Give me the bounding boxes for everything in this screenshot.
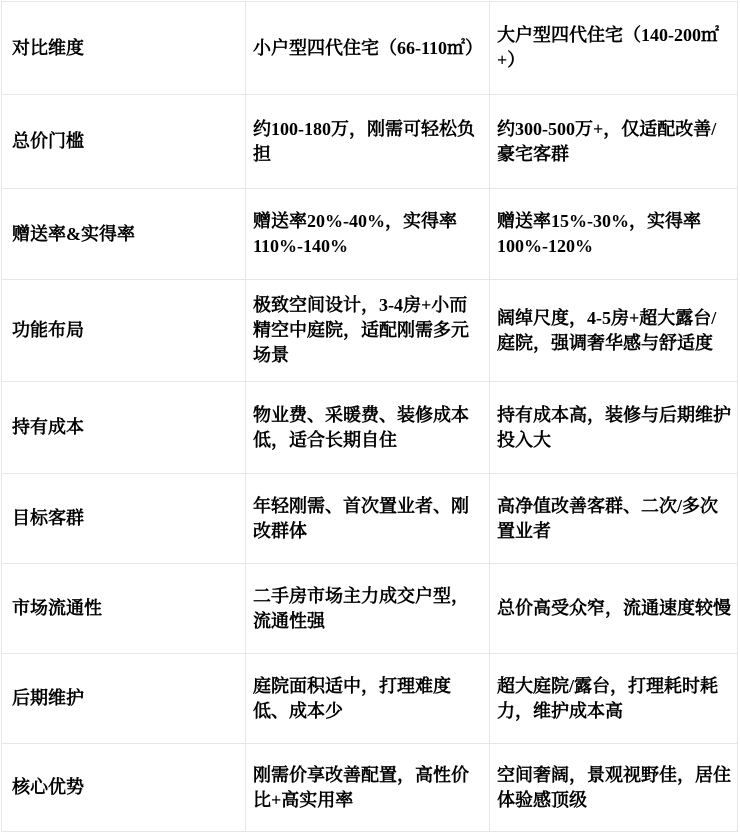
row-dimension-label: 功能布局 [2,280,246,382]
column-header-dimension: 对比维度 [2,2,246,95]
small-unit-cell: 年轻刚需、首次置业者、刚改群体 [246,474,490,564]
row-dimension-label: 市场流通性 [2,564,246,654]
large-unit-cell: 总价高受众窄，流通速度较慢 [490,564,738,654]
row-dimension-label: 总价门槛 [2,95,246,189]
header-row: 对比维度 小户型四代住宅（66-110㎡） 大户型四代住宅（140-200㎡+） [2,2,738,95]
small-unit-cell: 约100-180万，刚需可轻松负担 [246,95,490,189]
large-unit-cell: 高净值改善客群、二次/多次置业者 [490,474,738,564]
large-unit-cell: 约300-500万+，仅适配改善/豪宅客群 [490,95,738,189]
table-row: 赠送率&实得率 赠送率20%-40%，实得率110%-140% 赠送率15%-3… [2,189,738,280]
row-dimension-label: 核心优势 [2,744,246,832]
row-dimension-label: 目标客群 [2,474,246,564]
column-header-small-unit: 小户型四代住宅（66-110㎡） [246,2,490,95]
table-row: 总价门槛 约100-180万，刚需可轻松负担 约300-500万+，仅适配改善/… [2,95,738,189]
column-header-large-unit: 大户型四代住宅（140-200㎡+） [490,2,738,95]
table-row: 市场流通性 二手房市场主力成交户型，流通性强 总价高受众窄，流通速度较慢 [2,564,738,654]
table-row: 目标客群 年轻刚需、首次置业者、刚改群体 高净值改善客群、二次/多次置业者 [2,474,738,564]
large-unit-cell: 阔绰尺度，4-5房+超大露台/庭院，强调奢华感与舒适度 [490,280,738,382]
table-row: 后期维护 庭院面积适中，打理难度低、成本少 超大庭院/露台，打理耗时耗力，维护成… [2,654,738,744]
row-dimension-label: 后期维护 [2,654,246,744]
table-row: 核心优势 刚需价享改善配置，高性价比+高实用率 空间奢阔，景观视野佳，居住体验感… [2,744,738,832]
large-unit-cell: 赠送率15%-30%，实得率100%-120% [490,189,738,280]
large-unit-cell: 空间奢阔，景观视野佳，居住体验感顶级 [490,744,738,832]
large-unit-cell: 超大庭院/露台，打理耗时耗力，维护成本高 [490,654,738,744]
row-dimension-label: 赠送率&实得率 [2,189,246,280]
comparison-table: 对比维度 小户型四代住宅（66-110㎡） 大户型四代住宅（140-200㎡+）… [1,1,738,832]
table-row: 持有成本 物业费、采暖费、装修成本低，适合长期自住 持有成本高，装修与后期维护投… [2,382,738,474]
small-unit-cell: 赠送率20%-40%，实得率110%-140% [246,189,490,280]
small-unit-cell: 极致空间设计，3-4房+小而精空中庭院，适配刚需多元场景 [246,280,490,382]
small-unit-cell: 物业费、采暖费、装修成本低，适合长期自住 [246,382,490,474]
large-unit-cell: 持有成本高，装修与后期维护投入大 [490,382,738,474]
table-row: 功能布局 极致空间设计，3-4房+小而精空中庭院，适配刚需多元场景 阔绰尺度，4… [2,280,738,382]
small-unit-cell: 二手房市场主力成交户型，流通性强 [246,564,490,654]
small-unit-cell: 庭院面积适中，打理难度低、成本少 [246,654,490,744]
row-dimension-label: 持有成本 [2,382,246,474]
small-unit-cell: 刚需价享改善配置，高性价比+高实用率 [246,744,490,832]
